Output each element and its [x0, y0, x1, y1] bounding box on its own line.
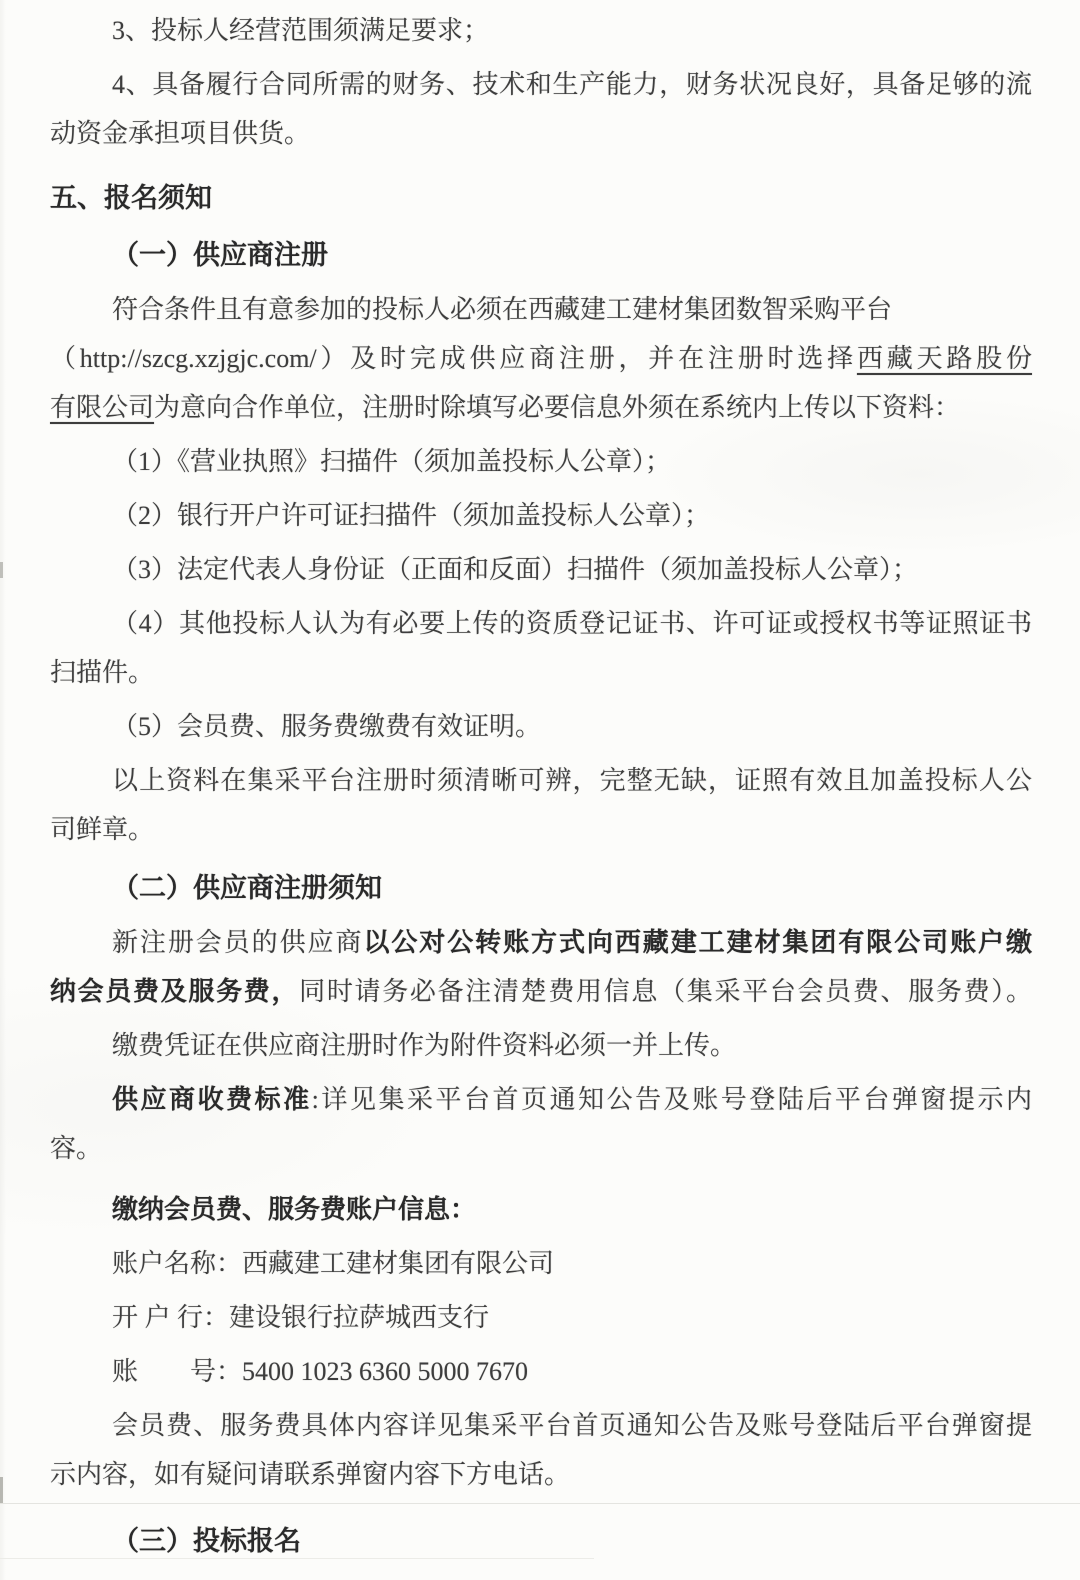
- paragraph: （2）银行开户许可证扫描件（须加盖投标人公章）；: [50, 491, 1032, 540]
- text-run: （2）银行开户许可证扫描件（须加盖投标人公章）；: [112, 501, 710, 530]
- text-run: （5）会员费、服务费缴费有效证明。: [112, 712, 541, 741]
- text-run: 动资金承担项目供货。: [50, 119, 310, 148]
- text-line: （4）其他投标人认为有必要上传的资质登记证书、许可证或授权书等证照证书: [50, 599, 1032, 648]
- text-run: （http://szcg.xzjgjc.com/）及时完成供应商注册，并在注册时…: [50, 344, 857, 373]
- paragraph: 账 号：5400 1023 6360 5000 7670: [50, 1347, 1032, 1396]
- text-line: 缴纳会员费、服务费账户信息：: [50, 1185, 1032, 1234]
- paragraph: （3）法定代表人身份证（正面和反面）扫描件（须加盖投标人公章）；: [50, 545, 1032, 594]
- text-run: （1）《营业执照》扫描件（须加盖投标人公章）；: [112, 447, 671, 476]
- text-line: 示内容，如有疑问请联系弹窗内容下方电话。: [50, 1450, 1032, 1499]
- text-run: 账 号：5400 1023 6360 5000 7670: [112, 1357, 528, 1386]
- document-body: 3、投标人经营范围须满足要求；4、具备履行合同所需的财务、技术和生产能力，财务状…: [0, 0, 1080, 1566]
- bold-text-run: 纳会员费及服务费，: [50, 976, 299, 1006]
- text-line: （2）银行开户许可证扫描件（须加盖投标人公章）；: [50, 491, 1032, 540]
- paragraph: 账户名称：西藏建工建材集团有限公司: [50, 1239, 1032, 1288]
- heading-h2: （一）供应商注册: [50, 231, 1032, 280]
- text-run: 示内容，如有疑问请联系弹窗内容下方电话。: [50, 1460, 570, 1489]
- text-run: 符合条件且有意参加的投标人必须在西藏建工建材集团数智采购平台: [112, 295, 892, 324]
- text-line: 扫描件。: [50, 648, 1032, 697]
- text-line: （5）会员费、服务费缴费有效证明。: [50, 702, 1032, 751]
- text-run: （4）其他投标人认为有必要上传的资质登记证书、许可证或授权书等证照证书: [112, 609, 1032, 638]
- text-run: 4、具备履行合同所需的财务、技术和生产能力，财务状况良好，具备足够的流: [112, 70, 1032, 99]
- bold-text-run: 以公对公转账方式向西藏建工建材集团有限公司账户缴: [363, 927, 1032, 957]
- underlined-company-name: 西藏天路股份: [857, 344, 1032, 373]
- text-run: 同时请务必备注清楚费用信息（集采平台会员费、服务费）。: [299, 977, 1032, 1006]
- text-line: 缴费凭证在供应商注册时作为附件资料必须一并上传。: [50, 1021, 1032, 1070]
- text-run: 会员费、服务费具体内容详见集采平台首页通知公告及账号登陆后平台弹窗提: [112, 1411, 1032, 1440]
- text-run: 缴费凭证在供应商注册时作为附件资料必须一并上传。: [112, 1031, 736, 1060]
- text-line: 以上资料在集采平台注册时须清晰可辨，完整无缺，证照有效且加盖投标人公: [50, 756, 1032, 805]
- text-line: 纳会员费及服务费，同时请务必备注清楚费用信息（集采平台会员费、服务费）。: [50, 967, 1032, 1016]
- text-line: 司鲜章。: [50, 805, 1032, 854]
- text-line: 会员费、服务费具体内容详见集采平台首页通知公告及账号登陆后平台弹窗提: [50, 1401, 1032, 1450]
- text-run: 开 户 行：建设银行拉萨城西支行: [112, 1303, 489, 1332]
- text-line: 3、投标人经营范围须满足要求；: [50, 6, 1032, 55]
- paragraph: 符合条件且有意参加的投标人必须在西藏建工建材集团数智采购平台（http://sz…: [50, 285, 1032, 432]
- paragraph: 缴费凭证在供应商注册时作为附件资料必须一并上传。: [50, 1021, 1032, 1070]
- text-line: （三）投标报名: [50, 1517, 1032, 1566]
- text-line: 账户名称：西藏建工建材集团有限公司: [50, 1239, 1032, 1288]
- paragraph: 新注册会员的供应商以公对公转账方式向西藏建工建材集团有限公司账户缴纳会员费及服务…: [50, 918, 1032, 1016]
- paragraph: （4）其他投标人认为有必要上传的资质登记证书、许可证或授权书等证照证书扫描件。: [50, 599, 1032, 697]
- paragraph: 4、具备履行合同所需的财务、技术和生产能力，财务状况良好，具备足够的流动资金承担…: [50, 60, 1032, 158]
- text-line: （3）法定代表人身份证（正面和反面）扫描件（须加盖投标人公章）；: [50, 545, 1032, 594]
- text-line: 开 户 行：建设银行拉萨城西支行: [50, 1293, 1032, 1342]
- text-run: 3、投标人经营范围须满足要求；: [112, 16, 489, 45]
- text-line: 新注册会员的供应商以公对公转账方式向西藏建工建材集团有限公司账户缴: [50, 918, 1032, 967]
- document-page: 3、投标人经营范围须满足要求；4、具备履行合同所需的财务、技术和生产能力，财务状…: [0, 0, 1080, 1580]
- bold-text-run: （二）供应商注册须知: [112, 873, 382, 903]
- heading-subhead: 缴纳会员费、服务费账户信息：: [50, 1185, 1032, 1234]
- bold-text-run: 供应商收费标准: [112, 1084, 312, 1114]
- paragraph: 以上资料在集采平台注册时须清晰可辨，完整无缺，证照有效且加盖投标人公司鲜章。: [50, 756, 1032, 854]
- text-line: 五、报名须知: [50, 174, 1032, 223]
- text-line: （1）《营业执照》扫描件（须加盖投标人公章）；: [50, 437, 1032, 486]
- text-line: 容。: [50, 1124, 1032, 1173]
- text-line: 有限公司为意向合作单位，注册时除填写必要信息外须在系统内上传以下资料：: [50, 383, 1032, 432]
- text-line: （http://szcg.xzjgjc.com/）及时完成供应商注册，并在注册时…: [50, 334, 1032, 383]
- text-line: 4、具备履行合同所需的财务、技术和生产能力，财务状况良好，具备足够的流: [50, 60, 1032, 109]
- text-line: 符合条件且有意参加的投标人必须在西藏建工建材集团数智采购平台: [50, 285, 1032, 334]
- text-line: 动资金承担项目供货。: [50, 109, 1032, 158]
- paragraph: 开 户 行：建设银行拉萨城西支行: [50, 1293, 1032, 1342]
- text-run: 扫描件。: [50, 658, 154, 687]
- heading-h1: 五、报名须知: [50, 174, 1032, 223]
- paragraph: 会员费、服务费具体内容详见集采平台首页通知公告及账号登陆后平台弹窗提示内容，如有…: [50, 1401, 1032, 1499]
- heading-h2-last: （三）投标报名: [50, 1517, 1032, 1566]
- bold-text-run: （三）投标报名: [112, 1526, 301, 1556]
- text-run: （3）法定代表人身份证（正面和反面）扫描件（须加盖投标人公章）；: [112, 555, 918, 584]
- text-run: 以上资料在集采平台注册时须清晰可辨，完整无缺，证照有效且加盖投标人公: [112, 766, 1032, 795]
- heading-h2-mid: （二）供应商注册须知: [50, 864, 1032, 913]
- text-run: 新注册会员的供应商: [112, 928, 363, 957]
- paragraph: （1）《营业执照》扫描件（须加盖投标人公章）；: [50, 437, 1032, 486]
- text-run: 为意向合作单位，注册时除填写必要信息外须在系统内上传以下资料：: [154, 393, 960, 422]
- bold-text-run: （一）供应商注册: [112, 240, 328, 270]
- paragraph: 3、投标人经营范围须满足要求；: [50, 6, 1032, 55]
- bold-text-run: 五、报名须知: [50, 183, 212, 213]
- underlined-company-name: 有限公司: [50, 393, 154, 422]
- text-run: 容。: [50, 1134, 102, 1163]
- text-line: （一）供应商注册: [50, 231, 1032, 280]
- paragraph: （5）会员费、服务费缴费有效证明。: [50, 702, 1032, 751]
- text-run: 账户名称：西藏建工建材集团有限公司: [112, 1249, 554, 1278]
- text-line: （二）供应商注册须知: [50, 864, 1032, 913]
- text-run: :详见集采平台首页通知公告及账号登陆后平台弹窗提示内: [312, 1085, 1032, 1114]
- text-line: 供应商收费标准:详见集采平台首页通知公告及账号登陆后平台弹窗提示内: [50, 1075, 1032, 1124]
- text-line: 账 号：5400 1023 6360 5000 7670: [50, 1347, 1032, 1396]
- text-run: 司鲜章。: [50, 815, 154, 844]
- bold-text-run: 缴纳会员费、服务费账户信息：: [112, 1194, 476, 1224]
- paragraph: 供应商收费标准:详见集采平台首页通知公告及账号登陆后平台弹窗提示内容。: [50, 1075, 1032, 1173]
